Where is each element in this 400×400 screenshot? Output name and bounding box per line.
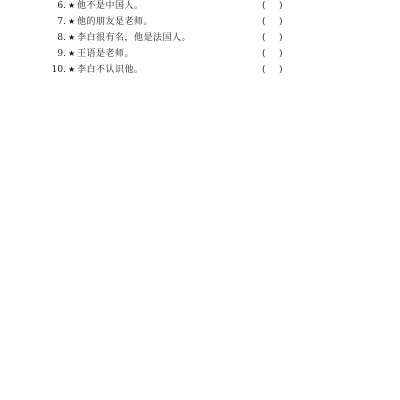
question-item: 9. ★ 王语是老师。 ( ) bbox=[0, 48, 400, 64]
question-item: 7. ★ 他的朋友是老师。 ( ) bbox=[0, 16, 400, 32]
answer-blank-close: ) bbox=[279, 48, 283, 60]
star-icon: ★ bbox=[68, 16, 75, 28]
question-number: 7. bbox=[57, 16, 66, 28]
star-icon: ★ bbox=[68, 48, 75, 60]
question-text: 他不是中国人。 bbox=[77, 0, 144, 12]
question-number: 10. bbox=[52, 64, 66, 76]
star-icon: ★ bbox=[68, 32, 75, 44]
star-icon: ★ bbox=[68, 64, 75, 76]
star-icon: ★ bbox=[68, 0, 75, 12]
answer-blank-open: ( bbox=[262, 32, 266, 44]
question-item: 8. ★ 李白很有名，他是法国人。 ( ) bbox=[0, 32, 400, 48]
answer-blank-open: ( bbox=[262, 16, 266, 28]
answer-blank-open: ( bbox=[262, 64, 266, 76]
question-number: 9. bbox=[57, 48, 66, 60]
question-item: 10. ★ 李白不认识他。 ( ) bbox=[0, 64, 400, 80]
question-item: 6. ★ 他不是中国人。 ( ) bbox=[0, 0, 400, 16]
question-number: 8. bbox=[57, 32, 66, 44]
answer-blank-close: ) bbox=[279, 64, 283, 76]
answer-blank-close: ) bbox=[279, 0, 283, 12]
question-text: 李白很有名，他是法国人。 bbox=[77, 32, 191, 44]
answer-blank-open: ( bbox=[262, 48, 266, 60]
answer-blank-close: ) bbox=[279, 16, 283, 28]
question-text: 李白不认识他。 bbox=[77, 64, 144, 76]
question-number: 6. bbox=[57, 0, 66, 12]
answer-blank-open: ( bbox=[262, 0, 266, 12]
question-text: 他的朋友是老师。 bbox=[77, 16, 153, 28]
answer-blank-close: ) bbox=[279, 32, 283, 44]
question-text: 王语是老师。 bbox=[77, 48, 134, 60]
